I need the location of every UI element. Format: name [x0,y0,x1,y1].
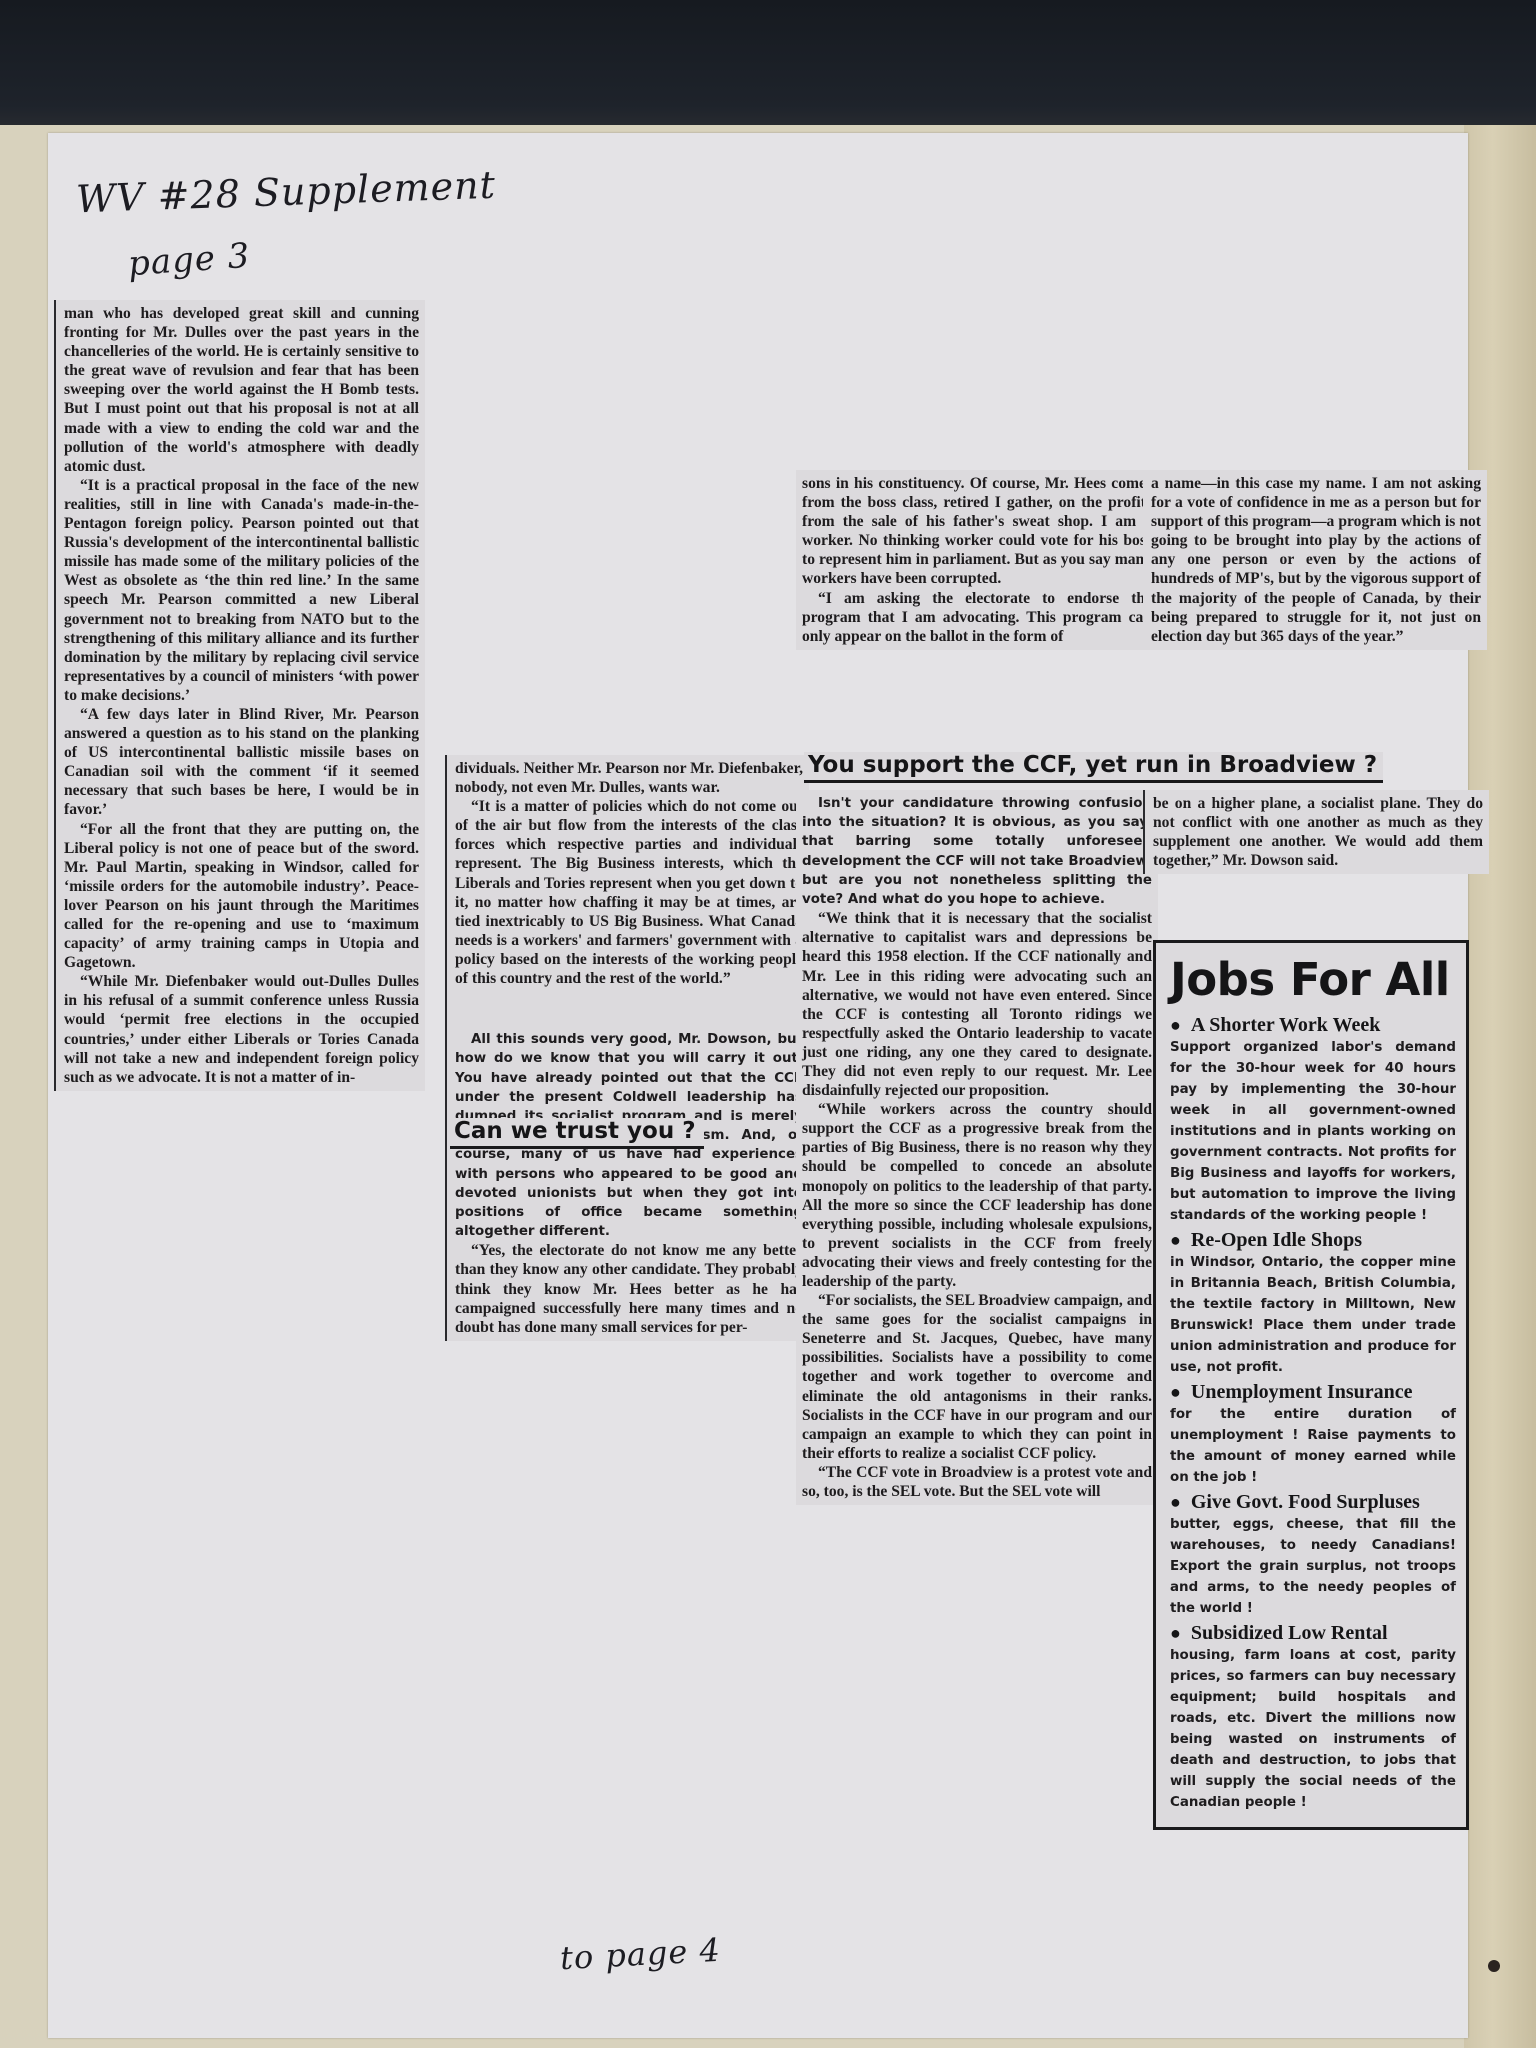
paragraph: “For all the front that they are putting… [64,820,419,973]
section-heading-trust: Can we trust you ? [450,1118,704,1149]
thumbtack [1488,1960,1500,1972]
paragraph: a name—in this case my name. I am not as… [1151,474,1481,646]
jobs-item-body: butter, eggs, cheese, that fill the ware… [1170,1514,1456,1619]
section-heading-broadview: You support the CCF, yet run in Broadvie… [804,752,1383,783]
bullet-icon: ● [1170,1013,1181,1037]
jobs-item-heading: ● Give Govt. Food Surpluses [1170,1490,1456,1514]
article-column-2: dividuals. Neither Mr. Pearson nor Mr. D… [445,755,809,1341]
paragraph: man who has developed great skill and cu… [64,304,419,476]
jobs-item-body: for the entire duration of unemployment … [1170,1404,1456,1488]
paragraph: “A few days later in Blind River, Mr. Pe… [64,705,419,820]
paragraph: “It is a matter of policies which do not… [455,797,803,988]
paragraph: be on a higher plane, a socialist plane.… [1153,794,1483,870]
jobs-item-heading: ● Subsidized Low Rental [1170,1621,1456,1645]
article-column-4-top: a name—in this case my name. I am not as… [1143,470,1487,650]
bullet-icon: ● [1170,1228,1181,1252]
jobs-item-body: in Windsor, Ontario, the copper mine in … [1170,1252,1456,1378]
bullet-icon: ● [1170,1380,1181,1404]
jobs-box-title: Jobs For All [1170,951,1456,1009]
article-column-3-top: sons in his constituency. Of course, Mr.… [796,470,1160,650]
paragraph: “While Mr. Diefenbaker would out-Dulles … [64,972,419,1087]
jobs-item-body: housing, farm loans at cost, parity pric… [1170,1645,1456,1813]
paragraph: “For socialists, the SEL Broadview campa… [802,1291,1152,1463]
bullet-icon: ● [1170,1490,1181,1514]
paragraph: “We think that it is necessary that the … [802,909,1152,1100]
paragraph: dividuals. Neither Mr. Pearson nor Mr. D… [455,759,803,797]
article-column-4-bottom: be on a higher plane, a socialist plane.… [1143,790,1489,874]
board-edge [1464,125,1536,2048]
paragraph: “Yes, the electorate do not know me any … [455,1241,803,1336]
article-column-3-bottom: Isn't your candidature throwing confusio… [796,790,1158,1505]
paragraph: “It is a practical proposal in the face … [64,476,419,705]
article-column-1: man who has developed great skill and cu… [54,300,425,1091]
handwritten-page-number: page 3 [127,236,252,284]
jobs-item-heading: ● Re-Open Idle Shops [1170,1228,1456,1252]
paragraph: sons in his constituency. Of course, Mr.… [802,474,1152,589]
dark-backdrop [0,0,1536,132]
paragraph: “I am asking the electorate to endorse t… [802,589,1152,646]
interview-question: Isn't your candidature throwing confusio… [802,794,1152,909]
jobs-for-all-box: Jobs For All ● A Shorter Work Week Suppo… [1153,940,1469,1830]
paragraph: “While workers across the country should… [802,1100,1152,1291]
jobs-item-body: Support organized labor's demand for the… [1170,1037,1456,1226]
paragraph: “The CCF vote in Broadview is a protest … [802,1463,1152,1501]
jobs-item-heading: ● A Shorter Work Week [1170,1013,1456,1037]
bullet-icon: ● [1170,1621,1181,1645]
jobs-item-heading: ● Unemployment Insurance [1170,1380,1456,1404]
